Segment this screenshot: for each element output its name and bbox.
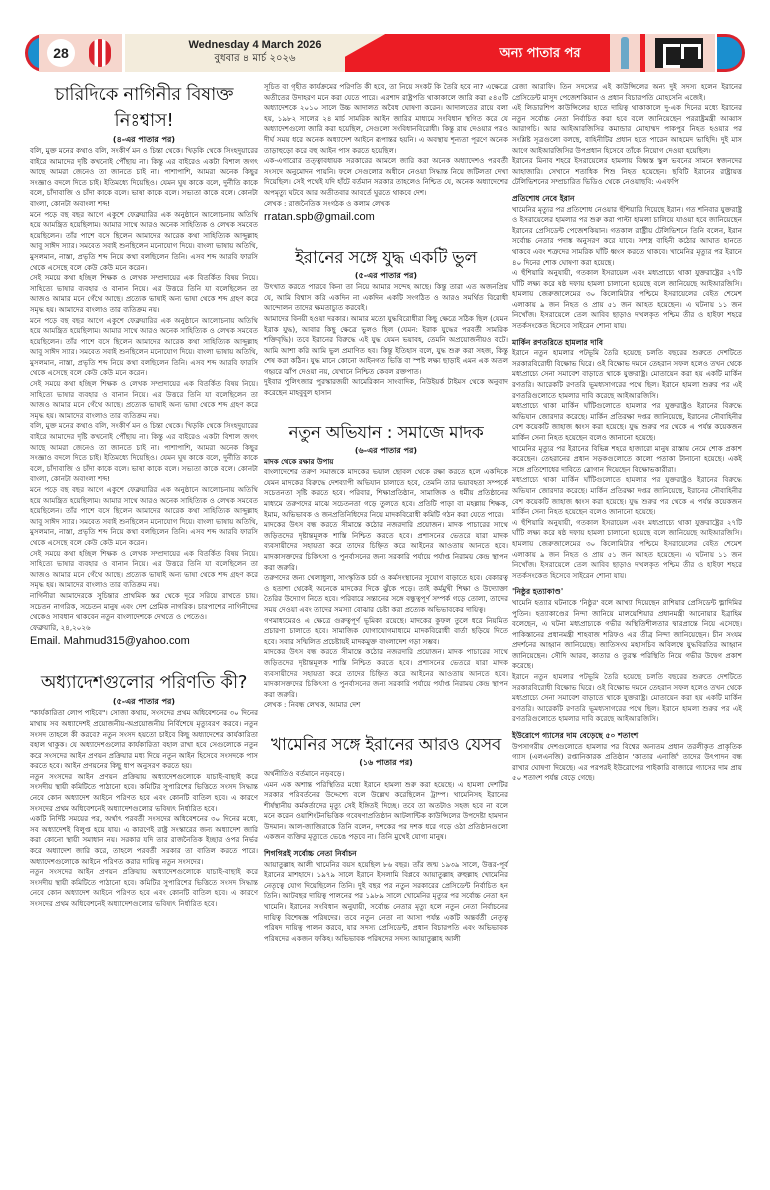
article-paragraph: বলি, মুক্ত মনের কথাও বলি, সংকীর্ণ মন ও চ… [30,421,258,485]
article-paragraph: খামেনির মৃত্যুর পর ইরানের বিভিন্ন শহরে হ… [512,444,742,476]
article-paragraph: বাংলাদেশের তরুণ সমাজকে মাদকের ভয়াল ছোবল… [264,467,508,520]
article-paragraph: মনে পড়ে বছ বছর আগে একুশে ফেব্রুয়ারির এ… [30,485,258,549]
article-paragraph: মনে পড়ে বছ বছর আগে একুশে ফেব্রুয়ারির এ… [30,210,258,274]
article-paragraph: বলি, মুক্ত মনের কথাও বলি, সংকীর্ণ মন ও চ… [30,146,258,210]
subheading: 'নিষ্ঠুর হত্যাকাণ্ড' [512,587,742,598]
subheading: ইউরোপে গ্যাসের দাম বেড়েছে ৫০ শতাংশ [512,731,742,742]
author-email[interactable]: Email. Mahmud315@yahoo.com [30,634,258,648]
continued-from: (৬-এর পাতার পর) [264,445,508,457]
article-paragraph: সেই সময়ে কথা হচ্ছিল শিক্ষক ও লেখক সম্প্… [30,549,258,591]
article-paragraph: উৎখাত করতে পারবে কিনা তা নিয়ে আমার সন্দ… [264,282,508,314]
article-paragraph: এই লিডারশিপ কাউন্সিলের হাতে দায়িত্ব থাক… [512,103,742,156]
subheading: মাদক থেকে রক্ষার উপায় [264,457,508,468]
article-paragraph: নতুন সংসদের আইন প্রণয়ন প্রক্রিয়ায় অধ্… [30,772,258,814]
article-paragraph: খামেনির মৃত্যুর পর প্রতিশোধ নেওয়ার হুঁশ… [512,205,742,269]
article-paragraph: নতুন সংসদের আইন প্রণয়ন প্রক্রিয়ায় অধ্… [30,867,258,909]
column-3: রেজা আরাফি। তিন সদস্যের এই কাউন্সিলের অন… [512,82,742,784]
author-byline: লেখক : নিবন্ধ লেখক, আমার দেশ [264,700,508,711]
author-byline: লেখক : রাজনৈতিক সংগঠক ও কলাম লেখক [264,199,508,210]
headline: ইরানের সঙ্গে যুদ্ধ একটি ভুল [264,246,508,270]
article-paragraph: মধ্যপ্রাচ্যে থাকা মার্কিন ঘাঁটিগুলোতে হা… [512,401,742,443]
newspaper-brand-logo [645,34,715,72]
headline: অধ্যাদেশগুলোর পরিণতি কী? [30,670,258,696]
article-ordinance: অধ্যাদেশগুলোর পরিণতি কী? (৫-এর পাতার পর)… [30,670,258,909]
article-paragraph: আয়াতুল্লাহ আলী খামেনির বয়স হয়েছিল ৮৬ … [264,860,508,945]
continued-from: (৫-এর পাতার পর) [30,696,258,708]
page-number-box: 28 [39,34,122,72]
subheading: প্রতিশোধ নেবে ইরান [512,194,742,205]
column-1: চারিদিকে নাগিনীর বিষাক্ত নিঃশ্বাস! (৪-এর… [30,82,258,910]
dateline: ফেব্রুয়ারি, ২৪,২০২৬ [30,623,258,634]
article-paragraph: আমাদের বিনয়ী হওয়া দরকার। আমার মতো যুদ্… [264,314,508,378]
article-paragraph: অর্থনীতিও বর্তমানে নড়বড়ে। [264,769,508,780]
article-paragraph: মাদকের উৎস বন্ধ করতে সীমান্তে কঠোর নজরদা… [264,520,508,573]
headline: খামেনির সঙ্গে ইরানের আরও যেসব [264,733,508,757]
page-number: 28 [47,39,75,67]
article-paragraph: ইরানে নতুন হামলার পটভূমি তৈরি হয়েছে চলত… [512,672,742,725]
photo-caption: ইরানের মিনাব শহরে ইসরায়েলের হামলায় বিধ… [512,156,742,188]
subheading: মার্কিন রণতরিতে হামলার দাবি [512,338,742,349]
article-paragraph: এক-এগারোর তত্ত্বাবধায়ক সরকারের আমলে জার… [264,156,508,198]
article-paragraph: মনে পড়ে বছ বছর আগে একুশে ফেব্রুয়ারির এ… [30,316,258,380]
continued-from: (৫-এর পাতার পর) [264,270,508,282]
article-iran-war: ইরানের সঙ্গে যুদ্ধ একটি ভুল (৫-এর পাতার … [264,246,508,399]
continued-from: (৪-এর পাতার পর) [30,134,258,146]
article-ordinance-continued: সূচিত বা গৃহীত কার্যক্রমের পরিণতি কী হবে… [264,82,508,224]
headline: চারিদিকে নাগিনীর বিষাক্ত নিঃশ্বাস! [30,82,258,134]
article-nagini: চারিদিকে নাগিনীর বিষাক্ত নিঃশ্বাস! (৪-এর… [30,82,258,648]
article-paragraph: ইরানে নতুন হামলার পটভূমি তৈরি হয়েছে চলত… [512,348,742,401]
author-email[interactable]: rratan.spb@gmail.com [264,210,508,224]
article-paragraph: রেজা আরাফি। তিন সদস্যের এই কাউন্সিলের অন… [512,82,742,103]
article-khamenei-continued: রেজা আরাফি। তিন সদস্যের এই কাউন্সিলের অন… [512,82,742,784]
article-paragraph: "কার্যকারিতা লোপ পাইবে"। সোজা কথায়, সংস… [30,708,258,772]
article-paragraph: সেই সময়ে কথা হচ্ছিল শিক্ষক ও লেখক সম্প্… [30,379,258,421]
masthead-right-cap [717,34,745,72]
continued-from: (১৬ পাতার পর) [264,757,508,769]
article-paragraph: এমন এক অশান্ত পরিস্থিতির মধ্যে ইরানে হাম… [264,780,508,844]
article-paragraph: একটি নির্দিষ্ট সময়ের পর, অর্থাৎ পরবর্তী… [30,814,258,867]
article-paragraph: নাগিনীরা আমাদেরকে সুচিন্তার প্রাথমিক স্ত… [30,591,258,623]
article-paragraph: এ হুঁশিয়ারি অনুযায়ী, গতকাল ইসরায়েল এব… [512,268,742,332]
section-title: অন্য পাতার পর [455,44,625,65]
headline: নতুন অভিযান : সমাজে মাদক [264,421,508,445]
article-drugs: নতুন অভিযান : সমাজে মাদক (৬-এর পাতার পর)… [264,421,508,711]
subheading: শিগগিরই সর্বোচ্চ নেতা নির্বাচন [264,849,508,860]
article-paragraph: সূচিত বা গৃহীত কার্যক্রমের পরিণতি কী হবে… [264,82,508,156]
article-khamenei: খামেনির সঙ্গে ইরানের আরও যেসব (১৬ পাতার … [264,733,508,945]
column-2: সূচিত বা গৃহীত কার্যক্রমের পরিণতি কী হবে… [264,82,508,944]
page-masthead: 28 Wednesday 4 March 2026 বুধবার ৪ মার্চ… [25,34,745,72]
article-paragraph: তরুণদের জন্য খেলাধুলা, সাংস্কৃতিক চর্চা … [264,573,508,615]
article-paragraph: খামেনি হত্যার ঘটনাকে 'নিষ্ঠুর' বলে আখ্যা… [512,598,742,672]
article-paragraph: সেই সময়ে কথা হচ্ছিল শিক্ষক ও লেখক সম্প্… [30,273,258,315]
article-paragraph: দুইবার পুলিৎজার পুরস্কারজয়ী আমেরিকান সা… [264,377,508,398]
article-paragraph: উপসাগরীয় দেশগুলোতে হামলার পর বিশ্বের অন… [512,742,742,784]
article-paragraph: মাদকের উৎস বন্ধ করতে সীমান্তে কঠোর নজরদা… [264,647,508,700]
article-paragraph: মধ্যপ্রাচ্যে থাকা মার্কিন ঘাঁটিগুলোতে হা… [512,475,742,517]
statue-of-liberty-icon [610,34,640,72]
date-english: Wednesday 4 March 2026 [125,34,385,51]
striped-logo-icon [89,39,111,67]
article-paragraph: এ হুঁশিয়ারি অনুযায়ী, গতকাল ইসরায়েল এব… [512,518,742,582]
article-paragraph: গণমাধ্যমেরও এ ক্ষেত্রে গুরুত্বপূর্ণ ভূমি… [264,616,508,648]
